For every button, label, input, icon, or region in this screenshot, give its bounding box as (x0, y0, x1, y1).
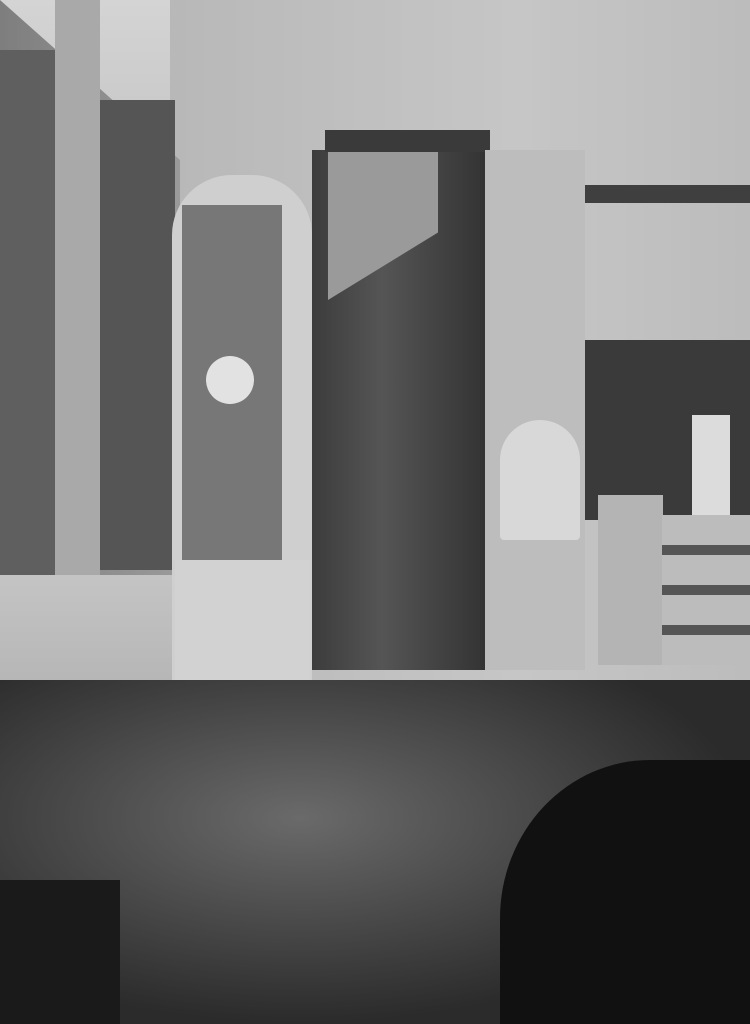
shadow-left (0, 880, 120, 1024)
doorway-lintel (325, 130, 490, 152)
niche-dado (175, 560, 310, 700)
left-painted-panel-2 (100, 100, 175, 570)
distant-light (692, 415, 730, 515)
right-pillar (598, 495, 663, 665)
photograph (0, 0, 750, 1024)
right-lintel (585, 185, 750, 203)
brick-pier (485, 150, 585, 670)
small-arched-niche (500, 420, 580, 540)
right-steps (662, 515, 750, 665)
painted-disc (206, 356, 254, 404)
left-painted-panel (0, 50, 55, 580)
left-pilaster (55, 0, 100, 580)
